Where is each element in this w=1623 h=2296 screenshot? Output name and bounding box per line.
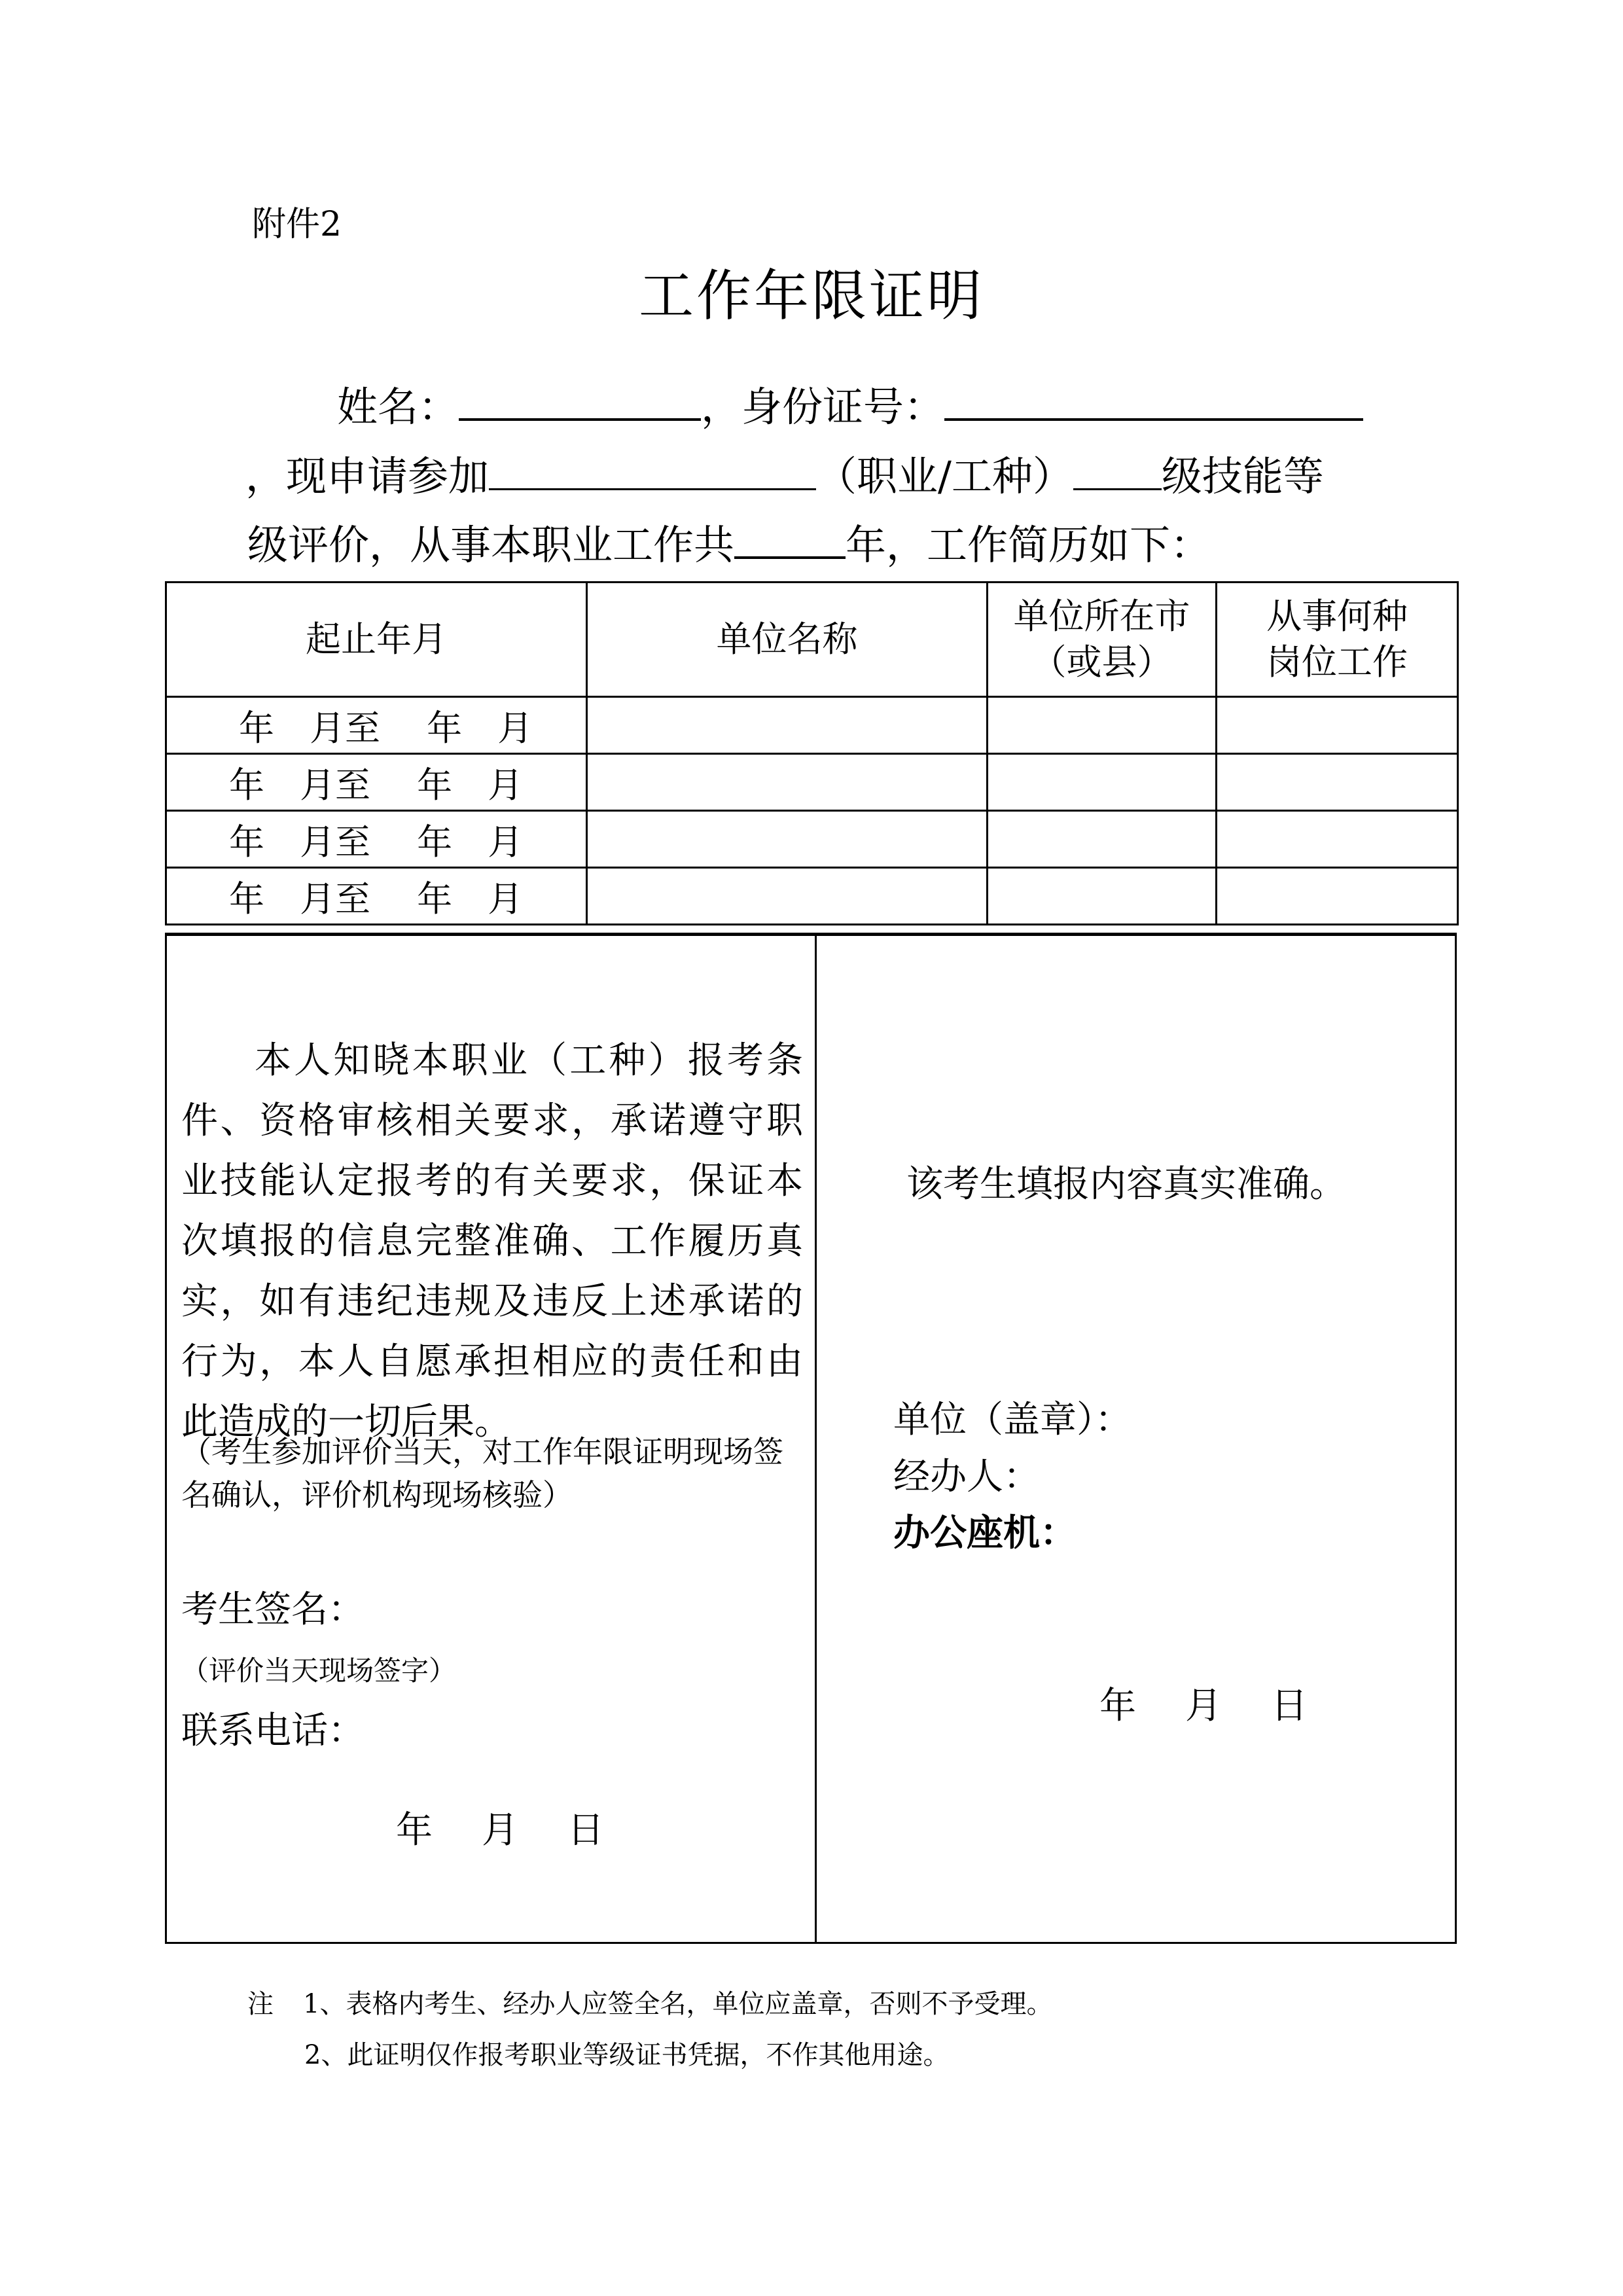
attachment-label: 附件2 [252,196,342,245]
occupation-blank[interactable] [489,452,816,490]
unit-name-cell[interactable] [587,868,988,925]
id-label: ，身份证号： [701,383,944,431]
header-position: 从事何种岗位工作 [1217,583,1458,697]
candidate-phone-label[interactable]: 联系电话： [181,1702,365,1754]
note-item-1: 1、表格内考生、经办人应签全名，单位应盖章，否则不予受理。 [303,1989,1052,2019]
table-row: 年 月至 年 月 [166,811,1458,868]
header-period: 起止年月 [166,583,587,697]
line3-suffix: 年，工作简历如下： [846,521,1211,569]
office-phone-label[interactable]: 办公座机： [893,1504,1077,1556]
date-day: 日 [1271,1685,1308,1727]
unit-name-cell[interactable] [587,811,988,868]
document-title: 工作年限证明 [0,252,1623,331]
date-day: 日 [567,1809,604,1852]
date-year: 年 [1099,1685,1136,1727]
unit-name-cell[interactable] [587,754,988,811]
unit-city-cell[interactable] [988,868,1217,925]
level-blank[interactable] [1073,452,1162,490]
period-cell[interactable]: 年 月至 年 月 [166,754,587,811]
intro-line-3: 级评价，从事本职业工作共年，工作简历如下： [247,512,1211,571]
candidate-signature-label[interactable]: 考生签名： [181,1581,365,1633]
table-row: 年 月至 年 月 [166,754,1458,811]
header-unit-city-line2: （或县） [1031,641,1173,683]
position-cell[interactable] [1217,754,1458,811]
period-cell[interactable]: 年 月至 年 月 [166,811,587,868]
period-cell[interactable]: 年 月至 年 月 [166,697,587,754]
period-cell[interactable]: 年 月至 年 月 [166,868,587,925]
commitment-note: （考生参加评价当天，对工作年限证明现场签名确认，评价机构现场核验） [181,1430,810,1516]
unit-city-cell[interactable] [988,754,1217,811]
header-unit-name: 单位名称 [587,583,988,697]
occupation-label: （职业/工种） [816,452,1073,500]
table-header-row: 起止年月 单位名称 单位所在市（或县） 从事何种岗位工作 [166,583,1458,697]
position-cell[interactable] [1217,697,1458,754]
position-cell[interactable] [1217,868,1458,925]
header-unit-city-line1: 单位所在市 [1014,596,1190,637]
header-position-line2: 岗位工作 [1266,641,1408,683]
apply-label: ，现申请参加 [245,452,489,500]
line3-prefix: 级评价，从事本职业工作共 [247,521,734,569]
position-cell[interactable] [1217,811,1458,868]
candidate-signature-hint: （评价当天现场签字） [181,1649,456,1689]
id-number-blank[interactable] [944,382,1363,421]
note-prefix: 注 [247,1989,274,2019]
candidate-date[interactable]: 年月日 [396,1801,604,1854]
note-1: 注1、表格内考生、经办人应签全名，单位应盖章，否则不予受理。 [247,1983,1052,2020]
work-history-table: 起止年月 单位名称 单位所在市（或县） 从事何种岗位工作 年 月至 年 月 年 … [165,581,1459,925]
unit-city-cell[interactable] [988,811,1217,868]
note-2: 2、此证明仅作报考职业等级证书凭据，不作其他用途。 [304,2034,949,2072]
employer-date[interactable]: 年月日 [1099,1677,1308,1729]
unit-city-cell[interactable] [988,697,1217,754]
name-label: 姓名： [337,383,459,431]
handler-label[interactable]: 经办人： [893,1448,1040,1500]
employer-confirmation: 该考生填报内容真实准确。 [906,1155,1346,1208]
date-month: 月 [1185,1685,1222,1727]
date-year: 年 [396,1809,433,1852]
signature-section: 本人知晓本职业（工种）报考条件、资格审核相关要求，承诺遵守职业技能认定报考的有关… [165,933,1457,1944]
years-blank[interactable] [734,520,846,559]
level-label: 级技能等 [1162,452,1324,500]
name-blank[interactable] [459,382,701,421]
commitment-text: 本人知晓本职业（工种）报考条件、资格审核相关要求，承诺遵守职业技能认定报考的有关… [181,1031,803,1452]
intro-line-1: 姓名：，身份证号： [337,374,1363,433]
unit-stamp-label[interactable]: 单位（盖章）： [893,1391,1132,1443]
header-unit-city: 单位所在市（或县） [988,583,1217,697]
unit-name-cell[interactable] [587,697,988,754]
table-row: 年 月至 年 月 [166,868,1458,925]
intro-line-2: ，现申请参加（职业/工种）级技能等 [245,444,1324,502]
table-row: 年 月至 年 月 [166,697,1458,754]
section-divider [815,936,817,1942]
date-month: 月 [482,1809,518,1852]
header-position-line1: 从事何种 [1266,596,1408,637]
